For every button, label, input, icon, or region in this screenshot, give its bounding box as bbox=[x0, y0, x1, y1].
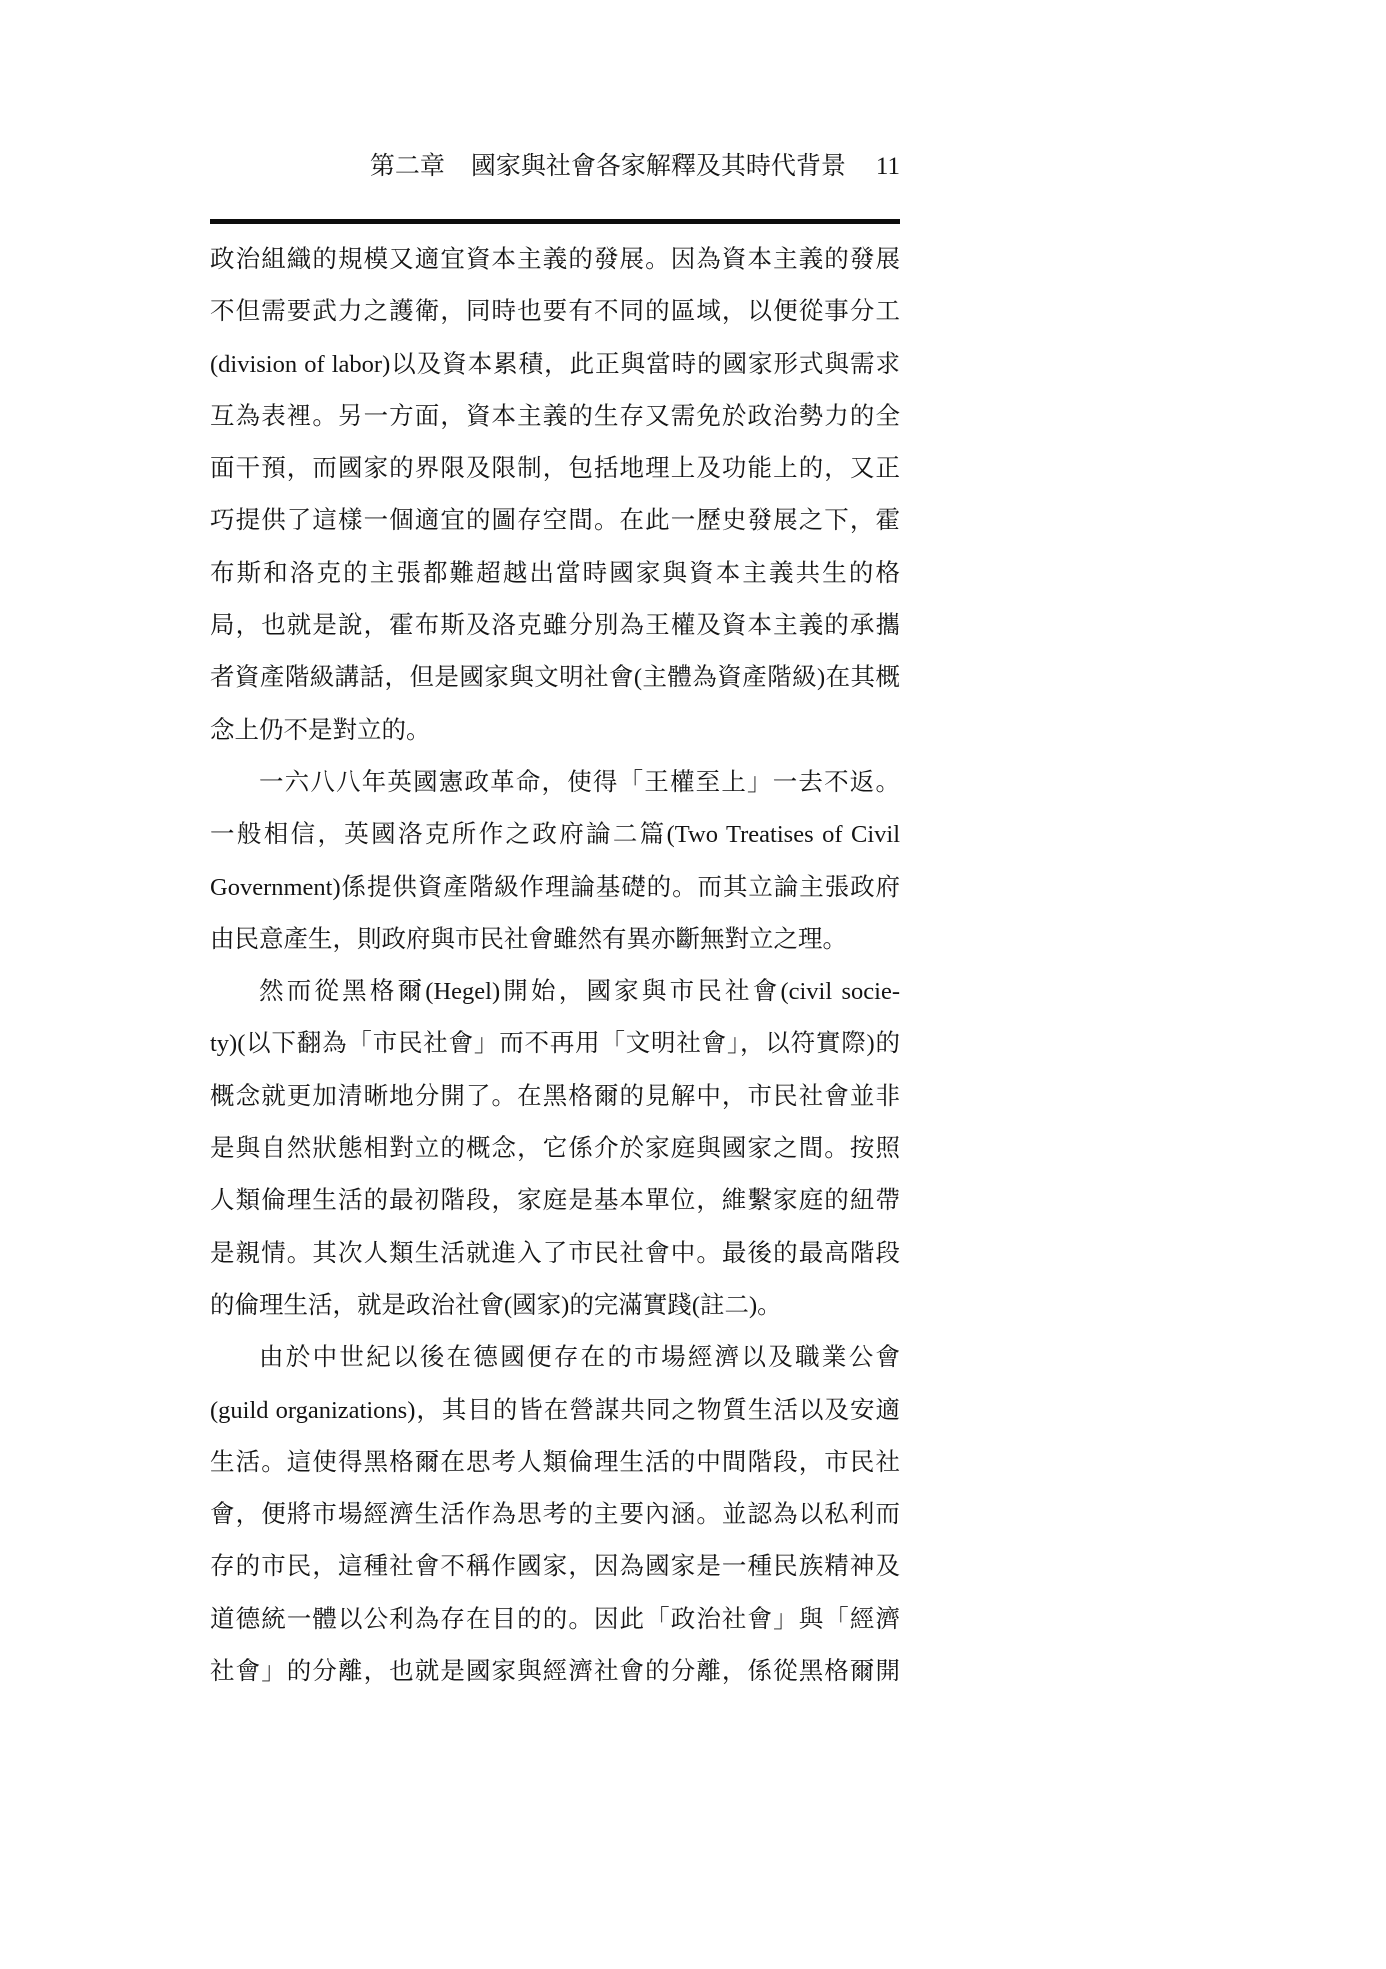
page-number: 11 bbox=[876, 150, 900, 184]
text-line: 互為表裡。另一方面，資本主義的生存又需免於政治勢力的全 bbox=[210, 391, 900, 443]
text-line: 生活。這使得黑格爾在思考人類倫理生活的中間階段，市民社 bbox=[210, 1437, 900, 1489]
text-line: 然而從黑格爾(Hegel)開始，國家與市民社會(civil socie- bbox=[210, 966, 900, 1018]
text-line: 布斯和洛克的主張都難超越出當時國家與資本主義共生的格 bbox=[210, 548, 900, 600]
chapter-title: 國家與社會各家解釋及其時代背景 bbox=[471, 150, 846, 184]
paragraph: 然而從黑格爾(Hegel)開始，國家與市民社會(civil socie-ty)(… bbox=[210, 966, 900, 1332]
text-line: 念上仍不是對立的。 bbox=[210, 705, 900, 757]
text-line: 是親情。其次人類生活就進入了市民社會中。最後的最高階段 bbox=[210, 1228, 900, 1280]
text-line: 不但需要武力之護衛，同時也要有不同的區域，以便從事分工 bbox=[210, 286, 900, 338]
text-line: (division of labor)以及資本累積，此正與當時的國家形式與需求 bbox=[210, 339, 900, 391]
text-line: 由民意產生，則政府與市民社會雖然有異亦斷無對立之理。 bbox=[210, 914, 900, 966]
paragraph: 一六八八年英國憲政革命，使得「王權至上」一去不返。一般相信，英國洛克所作之政府論… bbox=[210, 757, 900, 966]
text-line: Government)係提供資產階級作理論基礎的。而其立論主張政府 bbox=[210, 862, 900, 914]
text-line: 巧提供了這樣一個適宜的圖存空間。在此一歷史發展之下，霍 bbox=[210, 495, 900, 547]
text-line: 概念就更加清晰地分開了。在黑格爾的見解中，市民社會並非 bbox=[210, 1071, 900, 1123]
text-line: ty)(以下翻為「市民社會」而不再用「文明社會」，以符實際)的 bbox=[210, 1018, 900, 1070]
text-line: 一般相信，英國洛克所作之政府論二篇(Two Treatises of Civil bbox=[210, 809, 900, 861]
text-line: 社會」的分離，也就是國家與經濟社會的分離，係從黑格爾開 bbox=[210, 1646, 900, 1698]
text-line: 由於中世紀以後在德國便存在的市場經濟以及職業公會 bbox=[210, 1332, 900, 1384]
running-header: 第二章 國家與社會各家解釋及其時代背景 11 bbox=[210, 150, 900, 184]
body-text: 政治組織的規模又適宜資本主義的發展。因為資本主義的發展不但需要武力之護衛，同時也… bbox=[210, 234, 900, 1698]
text-line: 面干預，而國家的界限及限制，包括地理上及功能上的，又正 bbox=[210, 443, 900, 495]
text-line: 局，也就是說，霍布斯及洛克雖分別為王權及資本主義的承攜 bbox=[210, 600, 900, 652]
paragraph: 政治組織的規模又適宜資本主義的發展。因為資本主義的發展不但需要武力之護衛，同時也… bbox=[210, 234, 900, 757]
text-line: (guild organizations)，其目的皆在營謀共同之物質生活以及安適 bbox=[210, 1385, 900, 1437]
text-line: 者資產階級講話，但是國家與文明社會(主體為資產階級)在其概 bbox=[210, 652, 900, 704]
text-line: 人類倫理生活的最初階段，家庭是基本單位，維繫家庭的紐帶 bbox=[210, 1175, 900, 1227]
text-line: 存的市民，這種社會不稱作國家，因為國家是一種民族精神及 bbox=[210, 1541, 900, 1593]
text-line: 會，便將市場經濟生活作為思考的主要內涵。並認為以私利而 bbox=[210, 1489, 900, 1541]
text-line: 一六八八年英國憲政革命，使得「王權至上」一去不返。 bbox=[210, 757, 900, 809]
text-line: 的倫理生活，就是政治社會(國家)的完滿實踐(註二)。 bbox=[210, 1280, 900, 1332]
paragraph: 由於中世紀以後在德國便存在的市場經濟以及職業公會(guild organizat… bbox=[210, 1332, 900, 1698]
text-line: 道德統一體以公利為存在目的的。因此「政治社會」與「經濟 bbox=[210, 1594, 900, 1646]
book-page: 第二章 國家與社會各家解釋及其時代背景 11 政治組織的規模又適宜資本主義的發展… bbox=[0, 0, 1386, 1969]
text-line: 政治組織的規模又適宜資本主義的發展。因為資本主義的發展 bbox=[210, 234, 900, 286]
header-rule bbox=[210, 219, 900, 224]
chapter-label: 第二章 bbox=[370, 150, 445, 184]
text-line: 是與自然狀態相對立的概念，它係介於家庭與國家之間。按照 bbox=[210, 1123, 900, 1175]
